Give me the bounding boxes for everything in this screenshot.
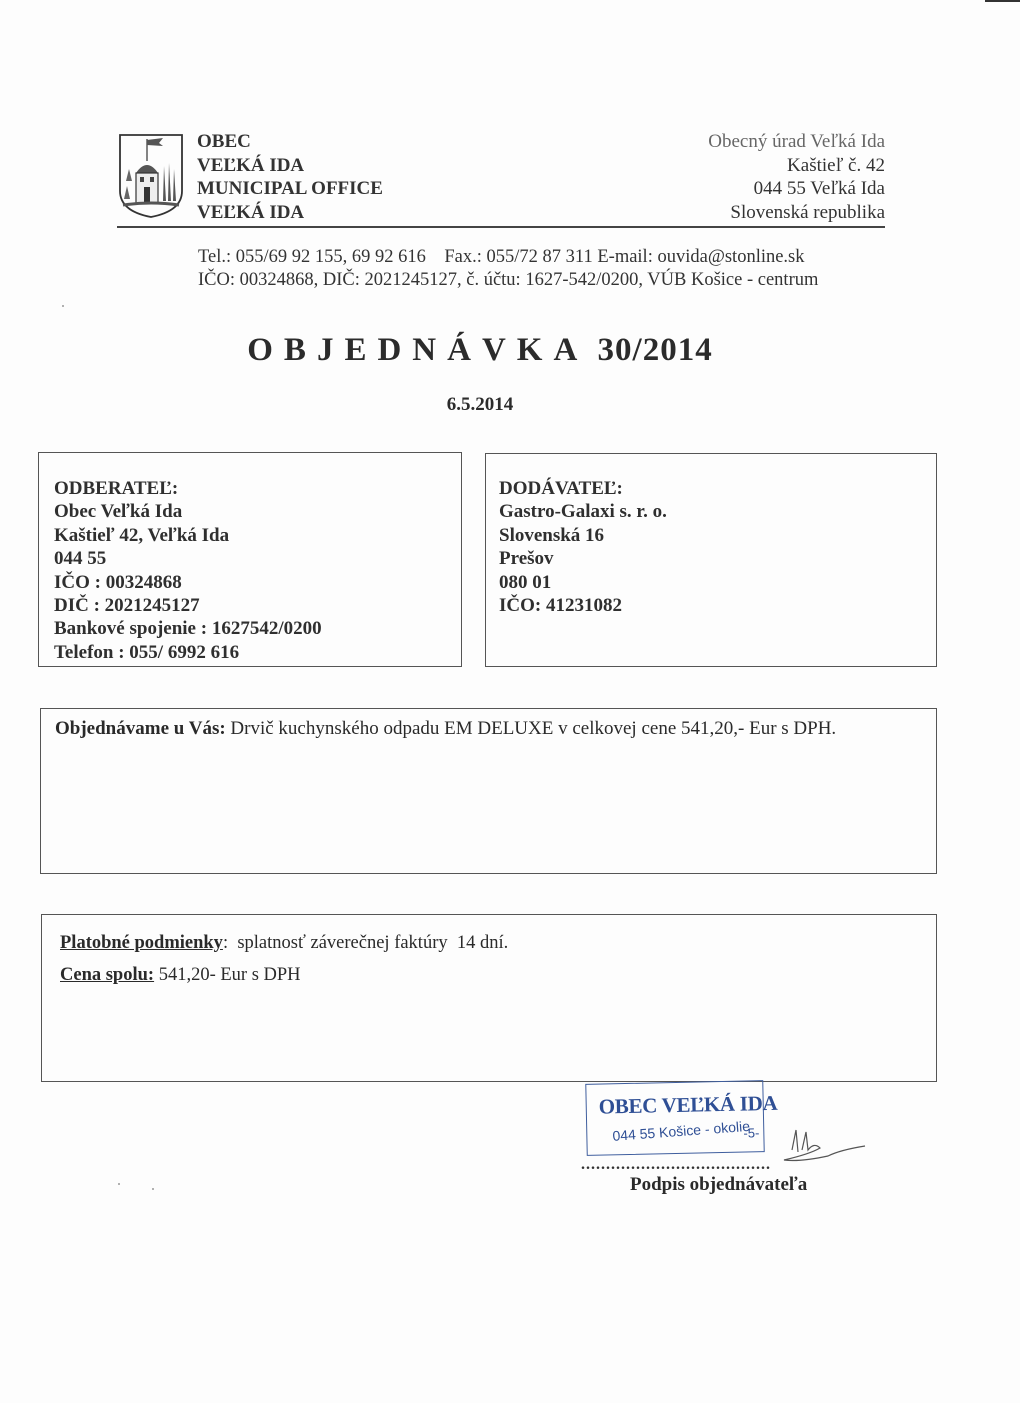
scan-edge-line xyxy=(985,0,1020,2)
payment-terms: Platobné podmienky: splatnosť záverečnej… xyxy=(60,927,936,959)
total-price: Cena spolu: 541,20- Eur s DPH xyxy=(60,959,936,991)
organization-name: OBEC VEĽKÁ IDA MUNICIPAL OFFICE VEĽKÁ ID… xyxy=(197,130,383,224)
office-address: Obecný úrad Veľká Ida Kaštieľ č. 42 044 … xyxy=(708,130,885,224)
org-line: OBEC xyxy=(197,130,383,154)
buyer-line: 044 55 xyxy=(54,547,461,570)
order-box: Objednávame u Vás: Drvič kuchynského odp… xyxy=(40,708,937,874)
buyer-box: ODBERATEĽ: Obec Veľká Ida Kaštieľ 42, Ve… xyxy=(38,452,462,667)
supplier-line: 080 01 xyxy=(499,571,936,594)
buyer-line: Bankové spojenie : 1627542/0200 xyxy=(54,617,461,640)
contact-info: Tel.: 055/69 92 155, 69 92 616 Fax.: 055… xyxy=(198,246,818,292)
scan-speck xyxy=(62,305,64,307)
document-title: OBJEDNÁVKA 30/2014 xyxy=(0,332,960,369)
stamp-line2: 044 55 Košice - okolie xyxy=(612,1118,751,1144)
buyer-heading: ODBERATEĽ: xyxy=(54,477,461,500)
order-text: Drvič kuchynského odpadu EM DELUXE v cel… xyxy=(230,718,836,739)
buyer-line: DIČ : 2021245127 xyxy=(54,594,461,617)
stamp-number: -5- xyxy=(743,1125,759,1140)
stamp-line1: OBEC VEĽKÁ IDA xyxy=(598,1091,777,1120)
contact-line-phone: Tel.: 055/69 92 155, 69 92 616 Fax.: 055… xyxy=(198,246,818,269)
terms-box: Platobné podmienky: splatnosť záverečnej… xyxy=(41,914,937,1082)
payment-terms-text: : splatnosť záverečnej faktúry 14 dní. xyxy=(223,933,508,953)
supplier-box: DODÁVATEĽ: Gastro-Galaxi s. r. o. Sloven… xyxy=(485,453,937,667)
buyer-line: Telefon : 055/ 6992 616 xyxy=(54,641,461,664)
signature-line: ...................................... xyxy=(581,1156,843,1174)
office-line: 044 55 Veľká Ida xyxy=(708,177,885,201)
office-line: Obecný úrad Veľká Ida xyxy=(708,130,885,154)
supplier-line: Prešov xyxy=(499,547,936,570)
coat-of-arms-icon xyxy=(117,131,185,219)
title-number: 30/2014 xyxy=(598,332,713,368)
official-stamp: OBEC VEĽKÁ IDA 044 55 Košice - okolie -5… xyxy=(585,1080,764,1156)
org-line: MUNICIPAL OFFICE xyxy=(197,177,383,201)
supplier-line: Gastro-Galaxi s. r. o. xyxy=(499,500,936,523)
org-line: VEĽKÁ IDA xyxy=(197,154,383,178)
buyer-line: Obec Veľká Ida xyxy=(54,500,461,523)
payment-terms-label: Platobné podmienky xyxy=(60,933,223,953)
office-line: Kaštieľ č. 42 xyxy=(708,154,885,178)
order-label: Objednávame u Vás: xyxy=(55,718,226,739)
header-divider xyxy=(117,226,885,228)
signature-label: Podpis objednávateľa xyxy=(630,1174,807,1196)
scan-speck xyxy=(118,1183,120,1185)
supplier-line: Slovenská 16 xyxy=(499,524,936,547)
title-word: OBJEDNÁVKA xyxy=(247,332,588,368)
total-price-label: Cena spolu: xyxy=(60,965,154,985)
buyer-line: Kaštieľ 42, Veľká Ida xyxy=(54,524,461,547)
total-price-value: 541,20- Eur s DPH xyxy=(159,965,301,985)
document-date: 6.5.2014 xyxy=(0,394,960,416)
supplier-line: IČO: 41231082 xyxy=(499,594,936,617)
contact-line-ids: IČO: 00324868, DIČ: 2021245127, č. účtu:… xyxy=(198,269,818,292)
scan-speck xyxy=(152,1188,154,1190)
buyer-line: IČO : 00324868 xyxy=(54,571,461,594)
supplier-heading: DODÁVATEĽ: xyxy=(499,477,936,500)
org-line: VEĽKÁ IDA xyxy=(197,201,383,225)
office-line: Slovenská republika xyxy=(708,201,885,225)
